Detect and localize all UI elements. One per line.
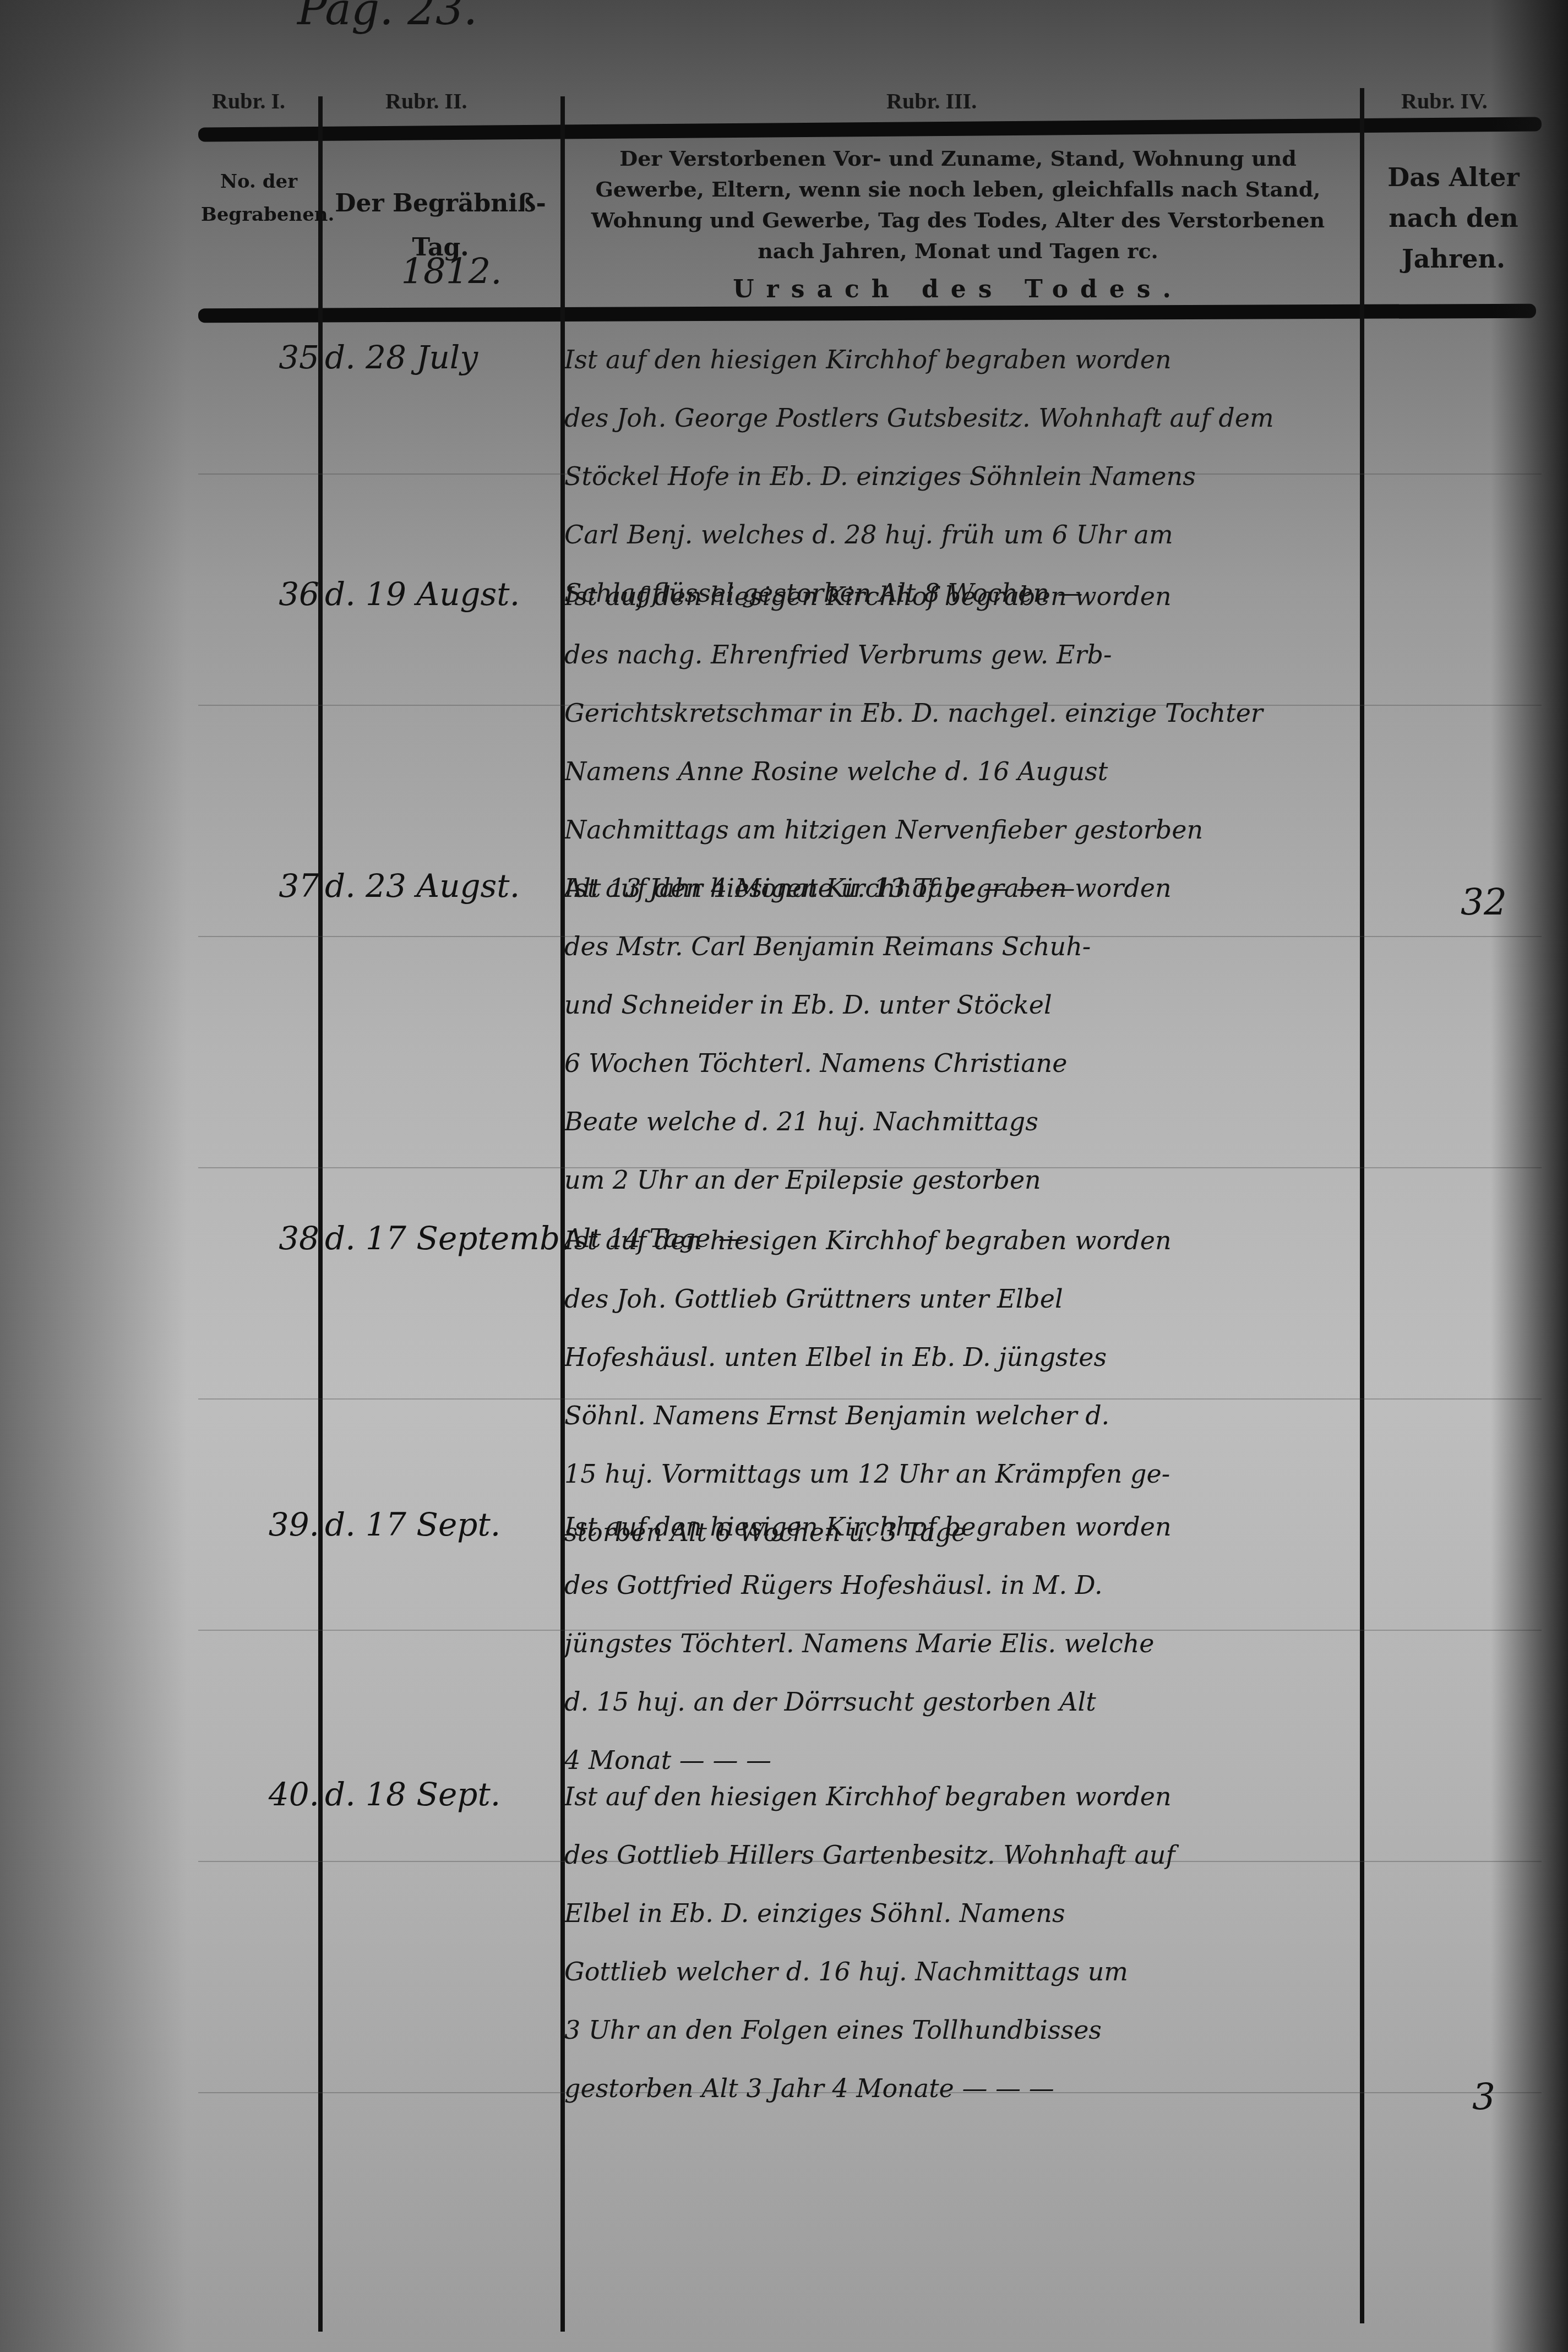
entry-number: 38 xyxy=(231,1219,319,1257)
entry-text-line: Nachmittags am hitzigen Nervenfieber ges… xyxy=(564,801,1357,859)
entry-burial-date: d. 23 Augst. xyxy=(325,867,567,905)
header-cause-of-death: Ursach des Todes. xyxy=(573,274,1343,305)
entry-text-line: Ist auf den hiesigen Kirchhof begraben w… xyxy=(564,1211,1357,1270)
entry-record-text: Ist auf den hiesigen Kirchhof begraben w… xyxy=(564,859,1357,1267)
entry-text-line: des Gottlieb Hillers Gartenbesitz. Wohnh… xyxy=(564,1826,1357,1884)
rubric-4-label: Rubr. IV. xyxy=(1401,88,1488,114)
entry-text-line: d. 15 huj. an der Dörrsucht gestorben Al… xyxy=(564,1673,1357,1731)
page-number: Pag. 23. xyxy=(297,0,477,35)
entry-text-line: Beate welche d. 21 huj. Nachmittags xyxy=(564,1092,1357,1151)
entry-text-line: Ist auf den hiesigen Kirchhof begraben w… xyxy=(564,567,1357,625)
header-deceased-details-label: Der Verstorbenen Vor- und Zuname, Stand,… xyxy=(591,146,1325,263)
entry-text-line: des Joh. Gottlieb Grüttners unter Elbel xyxy=(564,1270,1357,1328)
header-burial-number: No. der Begrabenen. xyxy=(201,165,317,231)
entry-number: 39. xyxy=(231,1506,319,1543)
entry-text-line: des nachg. Ehrenfried Verbrums gew. Erb- xyxy=(564,625,1357,684)
entry-text-line: Ist auf den hiesigen Kirchhof begraben w… xyxy=(564,1767,1357,1826)
entry-text-line: Elbel in Eb. D. einziges Söhnl. Namens xyxy=(564,1884,1357,1942)
entry-burial-date: d. 17 Sept. xyxy=(325,1506,567,1543)
header-deceased-details: Der Verstorbenen Vor- und Zuname, Stand,… xyxy=(573,143,1343,305)
entry-text-line: gestorben Alt 3 Jahr 4 Monate — — — xyxy=(564,2059,1357,2117)
rubric-1-label: Rubr. I. xyxy=(212,88,285,114)
entry-text-line: Namens Anne Rosine welche d. 16 August xyxy=(564,742,1357,801)
entry-text-line: jüngstes Töchterl. Namens Marie Elis. we… xyxy=(564,1614,1357,1673)
entry-text-line: 3 Uhr an den Folgen eines Tollhundbisses xyxy=(564,2001,1357,2059)
rubric-2-label: Rubr. II. xyxy=(385,88,467,114)
entry-burial-date: d. 19 Augst. xyxy=(325,575,567,613)
column-divider-1 xyxy=(318,96,323,2332)
entry-age: 3 xyxy=(1442,2076,1525,2118)
entry-text-line: 15 huj. Vormittags um 12 Uhr an Krämpfen… xyxy=(564,1445,1357,1503)
entry-text-line: des Joh. George Postlers Gutsbesitz. Woh… xyxy=(564,389,1357,447)
register-page: Pag. 23. Rubr. I. Rubr. II. Rubr. III. R… xyxy=(0,0,1568,2352)
entry-text-line: Ist auf den hiesigen Kirchhof begraben w… xyxy=(564,330,1357,389)
header-age-years: Das Alter nach den Jahren. xyxy=(1371,157,1536,279)
entry-record-text: Ist auf den hiesigen Kirchhof begraben w… xyxy=(564,1767,1357,2117)
header-top-rule xyxy=(198,117,1542,141)
entry-number: 40. xyxy=(231,1776,319,1813)
entry-text-line: Söhnl. Namens Ernst Benjamin welcher d. xyxy=(564,1386,1357,1445)
entry-text-line: Hofeshäusl. unten Elbel in Eb. D. jüngst… xyxy=(564,1328,1357,1386)
entry-text-line: Carl Benj. welches d. 28 huj. früh um 6 … xyxy=(564,505,1357,564)
column-divider-3 xyxy=(1360,88,1364,2323)
entry-text-line: des Mstr. Carl Benjamin Reimans Schuh- xyxy=(564,917,1357,976)
entry-number: 37 xyxy=(231,867,319,905)
entry-record-text: Ist auf den hiesigen Kirchhof begraben w… xyxy=(564,1498,1357,1789)
entry-text-line: um 2 Uhr an der Epilepsie gestorben xyxy=(564,1151,1357,1209)
entry-burial-date: d. 18 Sept. xyxy=(325,1776,567,1813)
header-burial-day: Der Begräbniß-Tag. 1812. xyxy=(325,182,556,294)
entry-age: 32 xyxy=(1442,881,1525,923)
entry-text-line: des Gottfried Rügers Hofeshäusl. in M. D… xyxy=(564,1556,1357,1614)
entry-text-line: Ist auf den hiesigen Kirchhof begraben w… xyxy=(564,859,1357,917)
entry-text-line: Stöckel Hofe in Eb. D. einziges Söhnlein… xyxy=(564,447,1357,505)
header-year: 1812. xyxy=(347,250,556,294)
entry-number: 36 xyxy=(231,575,319,613)
header-bottom-rule xyxy=(198,304,1536,323)
entry-text-line: Ist auf den hiesigen Kirchhof begraben w… xyxy=(564,1498,1357,1556)
entry-burial-date: d. 17 Septemb. xyxy=(325,1219,567,1257)
entry-text-line: 6 Wochen Töchterl. Namens Christiane xyxy=(564,1034,1357,1092)
entry-text-line: und Schneider in Eb. D. unter Stöckel xyxy=(564,976,1357,1034)
rubric-3-label: Rubr. III. xyxy=(886,88,977,114)
entry-number: 35 xyxy=(231,339,319,376)
entry-text-line: Gerichtskretschmar in Eb. D. nachgel. ei… xyxy=(564,684,1357,742)
entry-text-line: Gottlieb welcher d. 16 huj. Nachmittags … xyxy=(564,1942,1357,2001)
entry-burial-date: d. 28 July xyxy=(325,339,567,376)
